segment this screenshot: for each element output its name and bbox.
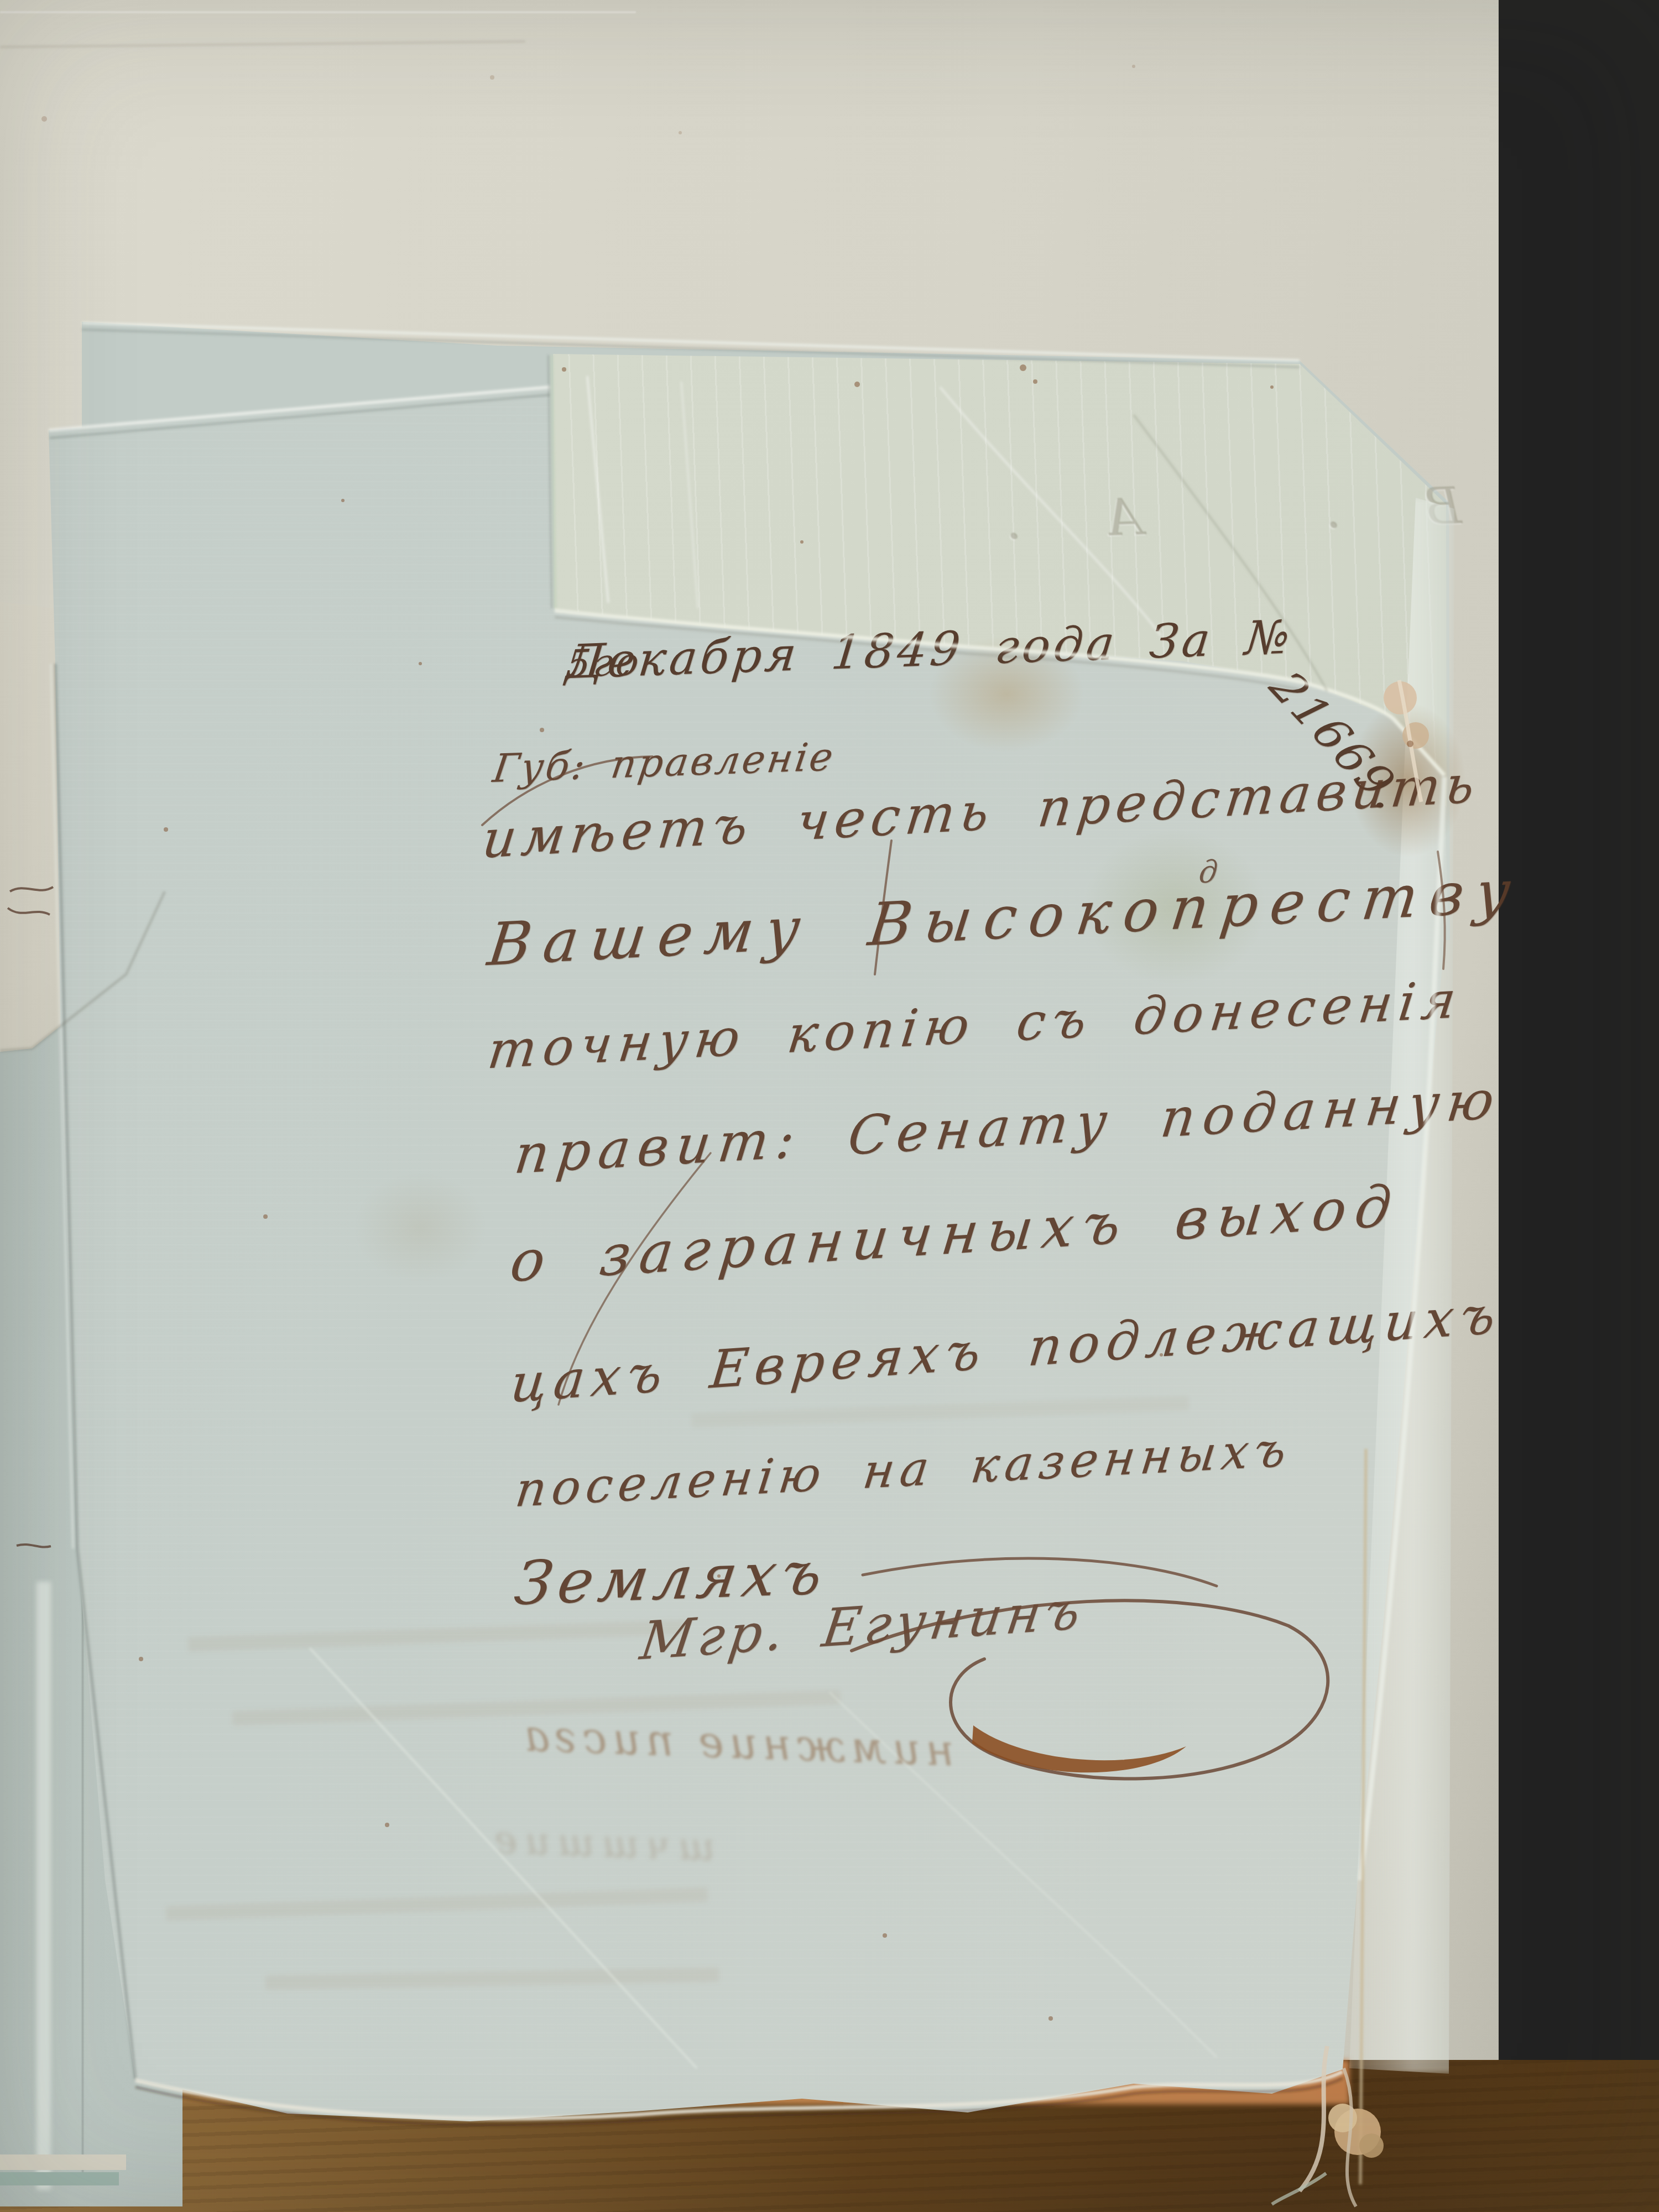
photo-of-archival-letter: В. А. КОЛЬ № 5гоДекабря 1849 года За № 2… bbox=[0, 0, 1659, 2212]
fine-strokes-overlay bbox=[0, 0, 1659, 2212]
ink-blot bbox=[972, 1725, 1186, 1772]
ink-squiggle-marks bbox=[8, 887, 53, 1547]
paper-edge-highlights bbox=[0, 323, 1444, 2184]
ink-flourishes bbox=[482, 757, 1445, 1779]
